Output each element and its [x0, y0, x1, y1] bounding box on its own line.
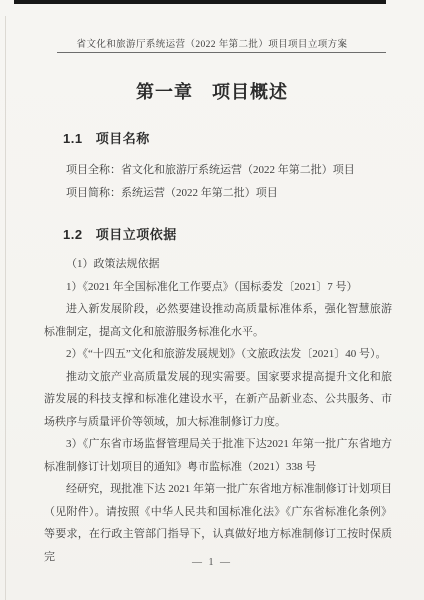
section-heading-1-2: 1.2 项目立项依据: [63, 224, 392, 243]
paragraph: 项目简称：系统运营（2022 年第二批）项目: [44, 182, 392, 205]
page-header: 省文化和旅游厅系统运营（2022 年第二批）项目项目立项方案: [0, 36, 424, 50]
paragraph: 项目全称：省文化和旅游厅系统运营（2022 年第二批）项目: [44, 159, 392, 182]
section-number: 1.2: [63, 227, 83, 242]
scan-top-edge: [14, 0, 386, 4]
section-1-2-paragraphs: （1）政策法规依据 1）《2021 年全国标准化工作要点》（国标委发〔2021〕…: [44, 253, 392, 568]
page-number: — 1 —: [0, 557, 424, 568]
paragraph: 经研究，现批准下达 2021 年第一批广东省地方标准制修订计划项目（见附件）。请…: [44, 478, 392, 568]
scanned-document-page: 省文化和旅游厅系统运营（2022 年第二批）项目项目立项方案 第一章 项目概述 …: [0, 0, 424, 600]
document-body: 1.1 项目名称 项目全称：省文化和旅游厅系统运营（2022 年第二批）项目 项…: [44, 128, 392, 568]
paragraph: 进入新发展阶段，必然要建设推动高质量标准体系，强化智慧旅游标准制定，提高文化和旅…: [44, 298, 392, 343]
section-title: 项目立项依据: [96, 227, 177, 242]
paragraph: （1）政策法规依据: [44, 253, 392, 276]
paragraph: 1）《2021 年全国标准化工作要点》（国标委发〔2021〕7 号）: [44, 276, 392, 299]
paragraph: 推动文旅产业高质量发展的现实需要。国家要求提高提升文化和旅游发展的科技支撑和标准…: [44, 366, 392, 434]
section-1-1-paragraphs: 项目全称：省文化和旅游厅系统运营（2022 年第二批）项目 项目简称：系统运营（…: [44, 159, 392, 204]
section-number: 1.1: [63, 131, 83, 146]
paragraph: 2）《“十四五”文化和旅游发展规划》（文旅政法发〔2021〕40 号）。: [44, 343, 392, 366]
section-title: 项目名称: [96, 131, 150, 146]
page-header-title: 省文化和旅游厅系统运营（2022 年第二批）项目项目立项方案: [77, 40, 348, 50]
header-rule: [57, 52, 386, 53]
chapter-title: 第一章 项目概述: [0, 78, 424, 104]
section-heading-1-1: 1.1 项目名称: [63, 128, 392, 147]
paragraph: 3）《广东省市场监督管理局关于批准下达2021 年第一批广东省地方标准制修订计划…: [44, 433, 392, 478]
